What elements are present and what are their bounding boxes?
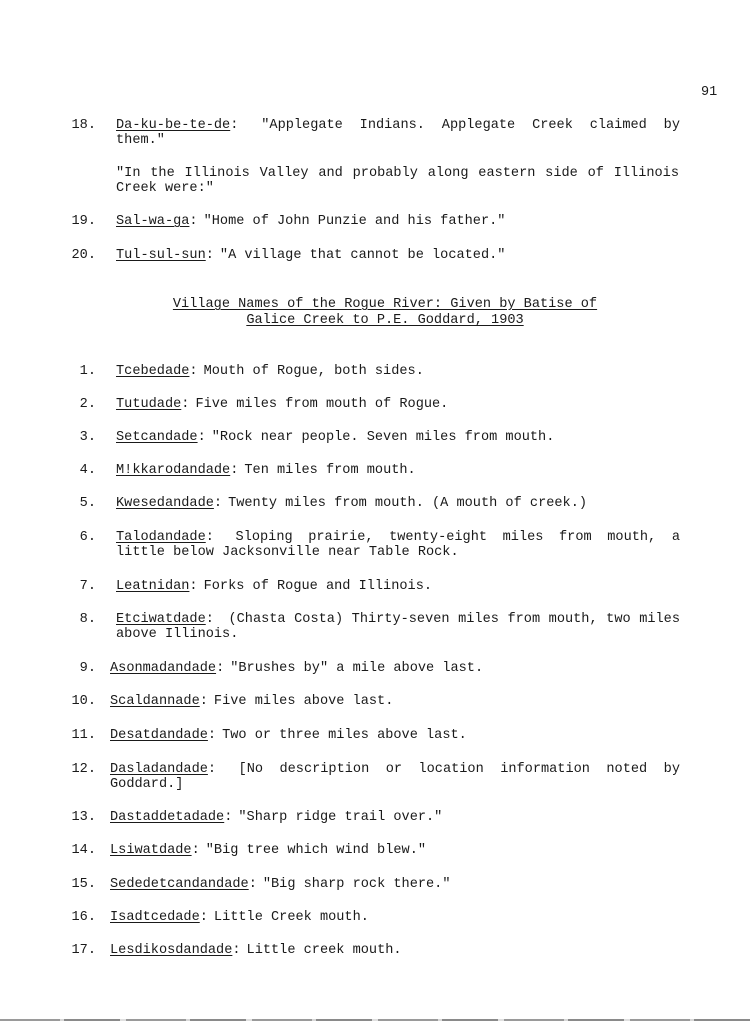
village-name: Isadtcedade bbox=[110, 910, 200, 925]
item-body: Dastaddetadade:"Sharp ridge trail over." bbox=[110, 810, 680, 825]
village-name: Tul-sul-sun bbox=[116, 248, 206, 263]
scan-edge-line bbox=[0, 1019, 750, 1021]
item-body: Etciwatdade: (Chasta Costa) Thirty-seven… bbox=[116, 612, 680, 642]
list-item: 17. Lesdikosdandade:Little creek mouth. bbox=[60, 943, 680, 958]
list-item: 13. Dastaddetadade:"Sharp ridge trail ov… bbox=[60, 810, 680, 825]
item-body: Talodandade: Sloping prairie, twenty-eig… bbox=[116, 530, 680, 560]
item-body: Tcebedade:Mouth of Rogue, both sides. bbox=[116, 364, 680, 379]
item-body: Kwesedandade:Twenty miles from mouth. (A… bbox=[116, 496, 680, 511]
village-name: Da-ku-be-te-de bbox=[116, 118, 230, 133]
village-name: Talodandade bbox=[116, 530, 206, 545]
heading-line-2: Galice Creek to P.E. Goddard, 1903 bbox=[246, 313, 523, 328]
village-description: "Sharp ridge trail over." bbox=[238, 810, 442, 825]
village-description: "Big tree which wind blew." bbox=[206, 843, 426, 858]
village-description: Five miles from mouth of Rogue. bbox=[195, 397, 448, 412]
village-name: Dastaddetadade bbox=[110, 810, 224, 825]
village-description: "Home of John Punzie and his father." bbox=[204, 214, 506, 229]
village-name: Tutudade bbox=[116, 397, 181, 412]
list-item: 14. Lsiwatdade:"Big tree which wind blew… bbox=[60, 843, 680, 858]
list-item: 19. Sal-wa-ga:"Home of John Punzie and h… bbox=[60, 214, 680, 229]
item-body: Desatdandade:Two or three miles above la… bbox=[110, 728, 680, 743]
item-body: Sededetcandandade:"Big sharp rock there.… bbox=[110, 877, 680, 892]
village-name: Desatdandade bbox=[110, 728, 208, 743]
item-number: 12. bbox=[60, 762, 96, 777]
village-description: Five miles above last. bbox=[214, 694, 393, 709]
list-item: 12. Dasladandade: [No description or loc… bbox=[60, 762, 680, 792]
village-name: Sal-wa-ga bbox=[116, 214, 189, 229]
village-name: Setcandade bbox=[116, 430, 198, 445]
village-name: M!kkarodandade bbox=[116, 463, 230, 478]
village-name: Tcebedade bbox=[116, 364, 189, 379]
item-body: Tul-sul-sun:"A village that cannot be lo… bbox=[116, 248, 680, 263]
item-number: 4. bbox=[60, 463, 96, 478]
item-number: 15. bbox=[60, 877, 96, 892]
village-name: Lesdikosdandade bbox=[110, 943, 232, 958]
item-number: 1. bbox=[60, 364, 96, 379]
list-item: 9. Asonmadandade:"Brushes by" a mile abo… bbox=[60, 661, 680, 676]
list-item: 16. Isadtcedade:Little Creek mouth. bbox=[60, 910, 680, 925]
item-number: 7. bbox=[60, 579, 96, 594]
interlude-paragraph: "In the Illinois Valley and probably alo… bbox=[116, 166, 679, 196]
list-item: 18. Da-ku-be-te-de: "Applegate Indians. … bbox=[60, 118, 680, 148]
item-number: 5. bbox=[60, 496, 96, 511]
item-number: 16. bbox=[60, 910, 96, 925]
list-item: 2. Tutudade:Five miles from mouth of Rog… bbox=[60, 397, 680, 412]
item-body: Dasladandade: [No description or locatio… bbox=[110, 762, 680, 792]
item-body: Asonmadandade:"Brushes by" a mile above … bbox=[110, 661, 680, 676]
item-body: Isadtcedade:Little Creek mouth. bbox=[110, 910, 680, 925]
item-body: Leatnidan:Forks of Rogue and Illinois. bbox=[116, 579, 680, 594]
list-item: 4. M!kkarodandade:Ten miles from mouth. bbox=[60, 463, 680, 478]
item-number: 13. bbox=[60, 810, 96, 825]
item-body: Lsiwatdade:"Big tree which wind blew." bbox=[110, 843, 680, 858]
page-number: 91 bbox=[701, 85, 717, 100]
list-item: 10. Scaldannade:Five miles above last. bbox=[60, 694, 680, 709]
list-item: 5. Kwesedandade:Twenty miles from mouth.… bbox=[60, 496, 680, 511]
list-item: 20. Tul-sul-sun:"A village that cannot b… bbox=[60, 248, 680, 263]
village-name: Sededetcandandade bbox=[110, 877, 249, 892]
heading-line-1: Village Names of the Rogue River: Given … bbox=[173, 297, 597, 312]
list-item: 3. Setcandade:"Rock near people. Seven m… bbox=[60, 430, 680, 445]
village-description: Two or three miles above last. bbox=[222, 728, 467, 743]
village-name: Dasladandade bbox=[110, 762, 208, 777]
list-item: 6. Talodandade: Sloping prairie, twenty-… bbox=[60, 530, 680, 560]
list-item: 7. Leatnidan:Forks of Rogue and Illinois… bbox=[60, 579, 680, 594]
item-number: 18. bbox=[60, 118, 96, 133]
item-number: 9. bbox=[60, 661, 96, 676]
item-body: Da-ku-be-te-de: "Applegate Indians. Appl… bbox=[116, 118, 680, 148]
item-body: Scaldannade:Five miles above last. bbox=[110, 694, 680, 709]
list-item: 15. Sededetcandandade:"Big sharp rock th… bbox=[60, 877, 680, 892]
list-item: 11. Desatdandade:Two or three miles abov… bbox=[60, 728, 680, 743]
village-name: Lsiwatdade bbox=[110, 843, 192, 858]
item-number: 14. bbox=[60, 843, 96, 858]
item-body: Sal-wa-ga:"Home of John Punzie and his f… bbox=[116, 214, 680, 229]
section-heading: Village Names of the Rogue River: Given … bbox=[150, 297, 620, 329]
village-name: Scaldannade bbox=[110, 694, 200, 709]
item-number: 10. bbox=[60, 694, 96, 709]
list-item: 8. Etciwatdade: (Chasta Costa) Thirty-se… bbox=[60, 612, 680, 642]
item-number: 3. bbox=[60, 430, 96, 445]
village-name: Kwesedandade bbox=[116, 496, 214, 511]
item-number: 11. bbox=[60, 728, 96, 743]
village-description: "Big sharp rock there." bbox=[263, 877, 451, 892]
item-number: 17. bbox=[60, 943, 96, 958]
village-description: Little Creek mouth. bbox=[214, 910, 369, 925]
item-body: Lesdikosdandade:Little creek mouth. bbox=[110, 943, 680, 958]
item-body: Tutudade:Five miles from mouth of Rogue. bbox=[116, 397, 680, 412]
village-description: Forks of Rogue and Illinois. bbox=[204, 579, 432, 594]
item-body: M!kkarodandade:Ten miles from mouth. bbox=[116, 463, 680, 478]
village-description: Little creek mouth. bbox=[247, 943, 402, 958]
village-name: Leatnidan bbox=[116, 579, 189, 594]
item-body: Setcandade:"Rock near people. Seven mile… bbox=[116, 430, 680, 445]
item-number: 19. bbox=[60, 214, 96, 229]
item-number: 8. bbox=[60, 612, 96, 627]
village-description: Ten miles from mouth. bbox=[244, 463, 415, 478]
village-name: Etciwatdade bbox=[116, 612, 206, 627]
item-number: 2. bbox=[60, 397, 96, 412]
item-number: 20. bbox=[60, 248, 96, 263]
village-description: "Rock near people. Seven miles from mout… bbox=[212, 430, 555, 445]
list-item: 1. Tcebedade:Mouth of Rogue, both sides. bbox=[60, 364, 680, 379]
village-name: Asonmadandade bbox=[110, 661, 216, 676]
village-description: Twenty miles from mouth. (A mouth of cre… bbox=[228, 496, 587, 511]
village-description: "Brushes by" a mile above last. bbox=[230, 661, 483, 676]
item-number: 6. bbox=[60, 530, 96, 545]
village-description: Mouth of Rogue, both sides. bbox=[204, 364, 424, 379]
village-description: "A village that cannot be located." bbox=[220, 248, 506, 263]
